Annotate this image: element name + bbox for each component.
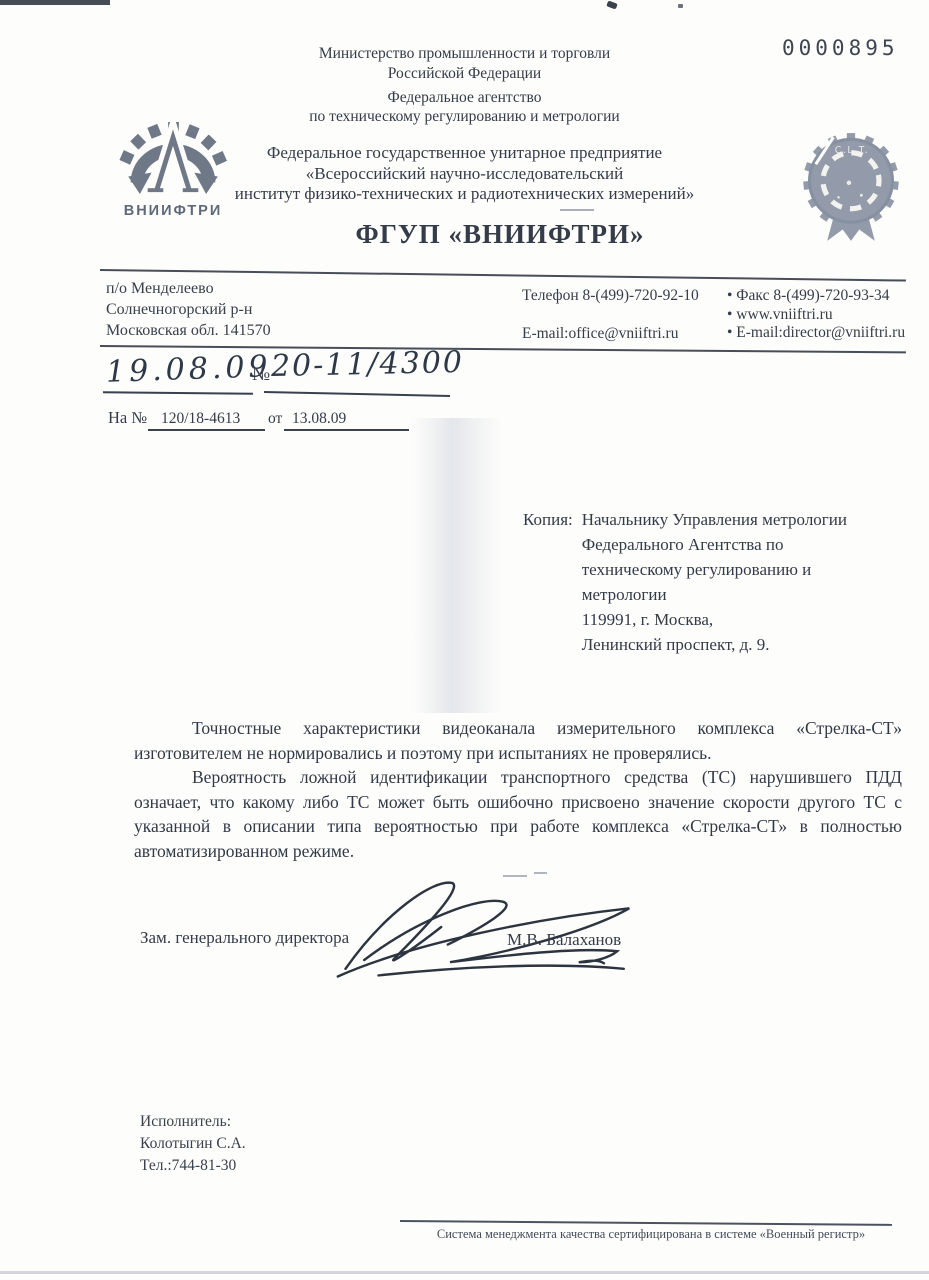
signature-icon [318, 872, 648, 982]
address-line: Солнечногорский р-н [106, 299, 271, 320]
reply-reference-date: 13.08.09 [292, 410, 346, 428]
signer-name: М.В. Балаханов [507, 930, 621, 950]
agency-header: Федеральное агентство по техническому ре… [0, 88, 929, 126]
number-sign: № [252, 364, 270, 386]
copy-line: метрологии [582, 582, 847, 607]
address-line: п/о Менделеево [106, 278, 271, 299]
fax-number: • Факс 8-(499)-720-93-34 [727, 287, 905, 306]
executor-name: Колотыгин С.А. [140, 1133, 246, 1155]
handwritten-date: 19.08.09 [105, 349, 272, 390]
org-line: институт физико-технических и радиотехни… [115, 184, 815, 205]
reply-number-underline [148, 429, 265, 431]
agency-line: Федеральное агентство [0, 88, 929, 107]
director-email: • E-mail:director@vniiftri.ru [727, 324, 905, 343]
contacts-block: Телефон 8-(499)-720-92-10 E-mail:office@… [522, 287, 905, 343]
organization-name-block: Федеральное государственное унитарное пр… [0, 143, 929, 205]
reply-reference-number: 120/18-4613 [161, 410, 240, 428]
scan-artifact-bottom-edge [0, 1271, 929, 1274]
footer-rule [400, 1220, 892, 1226]
scan-artifact-top-bar [0, 0, 110, 5]
scan-artifact-dash [560, 209, 594, 211]
number-underline [264, 391, 450, 397]
ministry-header: Министерство промышленности и торговли Р… [0, 44, 929, 84]
scanned-letter-page: 0000895 Министерство промышленности и то… [0, 0, 929, 1280]
scan-artifact-speck [606, 0, 617, 9]
letter-body: Точностные характеристики видеоканала из… [134, 716, 902, 864]
handwritten-outgoing-number: 20-11/4300 [271, 345, 465, 384]
copy-line: техническому регулированию и [582, 557, 847, 582]
address-line: Московская обл. 141570 [106, 320, 271, 341]
body-paragraph: Точностные характеристики видеоканала из… [134, 716, 902, 765]
org-line: «Всероссийский научно-исследовательский [115, 164, 815, 185]
vniiftri-logo-label: ВНИИФТРИ [112, 203, 234, 219]
ministry-line: Российской Федерации [0, 64, 929, 84]
scan-artifact-speck [678, 4, 683, 8]
org-line: Федеральное государственное унитарное пр… [115, 143, 815, 164]
postal-address: п/о Менделеево Солнечногорский р-н Моско… [106, 278, 271, 341]
body-paragraph: Вероятность ложной идентификации транспо… [134, 765, 902, 863]
website: • www.vniiftri.ru [727, 306, 905, 325]
copy-line: Начальнику Управления метрологии [582, 507, 847, 532]
reply-date-underline [284, 429, 409, 431]
copy-line: Федерального Агентства по [582, 532, 847, 557]
executor-label: Исполнитель: [140, 1111, 246, 1133]
phone-number: Телефон 8-(499)-720-92-10 [522, 287, 714, 306]
date-underline [103, 391, 253, 395]
organization-title: ФГУП «ВНИИФТРИ» [85, 219, 915, 250]
copy-addressee-block: Копия: Начальнику Управления метрологии … [523, 507, 847, 657]
office-email: E-mail:office@vniiftri.ru [522, 325, 714, 344]
ministry-line: Министерство промышленности и торговли [0, 44, 929, 64]
copy-line: Ленинский проспект, д. 9. [582, 632, 847, 657]
executor-block: Исполнитель: Колотыгин С.А. Тел.:744-81-… [140, 1111, 246, 1177]
executor-phone: Тел.:744-81-30 [140, 1155, 246, 1177]
copy-label: Копия: [523, 507, 573, 657]
scan-fold-streak [412, 418, 502, 713]
footer-certification-note: Система менеджмента качества сертифициро… [426, 1227, 876, 1242]
reply-from-word: от [268, 410, 282, 428]
reply-reference-label: На № [108, 408, 147, 428]
copy-line: 119991, г. Москва, [582, 607, 847, 632]
